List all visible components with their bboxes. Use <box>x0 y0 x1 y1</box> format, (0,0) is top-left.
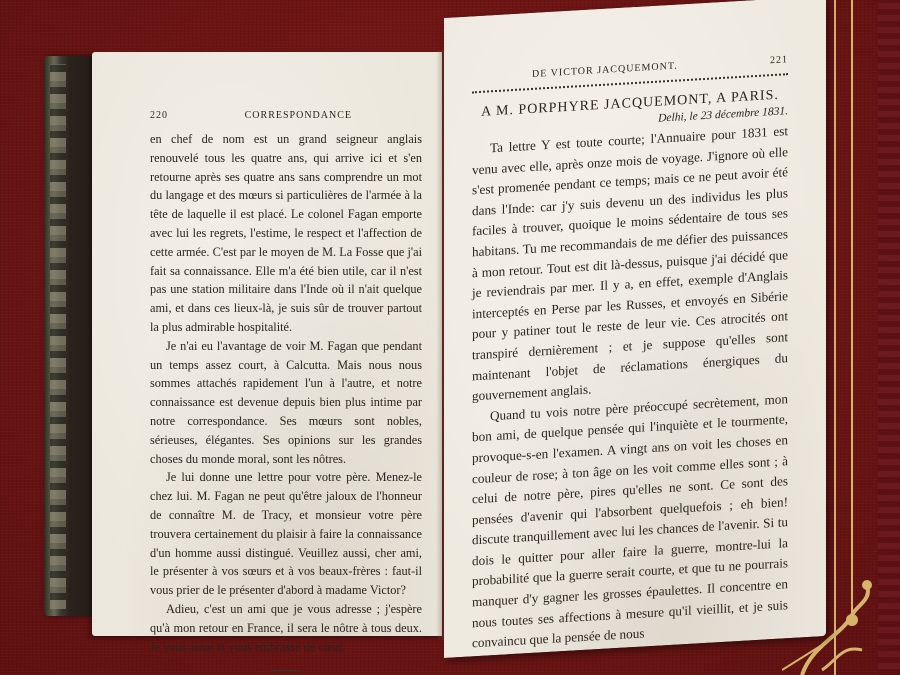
left-page-body: en chef de nom est un grand seigneur ang… <box>150 130 422 671</box>
left-page-number: 220 <box>150 110 168 121</box>
gold-fillet-vertical-1 <box>834 0 836 675</box>
tooled-border <box>878 0 900 675</box>
paragraph: Ta lettre Y est toute courte; l'Annuaire… <box>472 121 788 407</box>
paragraph: Je n'ai eu l'avantage de voir M. Fagan q… <box>150 337 422 469</box>
end-rule <box>271 670 301 671</box>
right-running-title: DE VICTOR JACQUEMONT. <box>532 61 678 80</box>
paragraph: Je lui donne une lettre pour votre père.… <box>150 468 422 600</box>
right-page-body: Ta lettre Y est toute courte; l'Annuaire… <box>472 121 788 654</box>
paragraph: Quand tu vois notre père préoccupé secrè… <box>472 389 788 654</box>
right-page-number: 221 <box>770 54 788 66</box>
paragraph: Adieu, c'est un ami que je vous adresse … <box>150 600 422 656</box>
left-running-title: CORRESPONDANCE <box>245 110 352 121</box>
right-page: DE VICTOR JACQUEMONT. 221 A M. PORPHYRE … <box>444 0 826 658</box>
gold-fillet-vertical-2 <box>851 0 853 620</box>
paragraph: en chef de nom est un grand seigneur ang… <box>150 130 422 337</box>
right-running-head: DE VICTOR JACQUEMONT. 221 <box>472 54 788 83</box>
left-running-head: 220 CORRESPONDANCE <box>150 110 422 121</box>
left-page: 220 CORRESPONDANCE en chef de nom est un… <box>92 52 442 636</box>
